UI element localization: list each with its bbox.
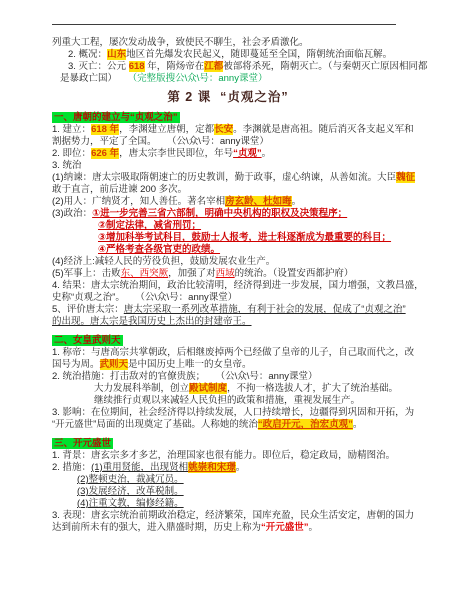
text-segment: 。 bbox=[262, 148, 272, 159]
doc-line: 5、评价唐太宗：唐太宗采取一系列改革措施，有利于社会的发展，促成了“贞观之治” bbox=[52, 304, 404, 316]
text-segment: （完整版搜公\众\号：anny课堂） bbox=[128, 73, 268, 84]
text-segment: 地区首先爆发农民起义，随即蔓延至全国，隋朝统治面临瓦解。 bbox=[126, 49, 392, 60]
text-segment: 被部将杀死，隋朝灭亡。（与秦朝灭亡原因相同都 bbox=[223, 61, 427, 72]
doc-line: 2. 即位：626 年，唐太宗李世民即位，年号“贞观”。 bbox=[52, 148, 404, 160]
doc-line: 2. 统治措施：打击敌对的官僚贵族； （公\众\号：anny课堂） bbox=[52, 371, 404, 383]
doc-line: (1)纳谏：唐太宗吸取隋朝速亡的历史教训，勤于政事，虚心纳谏，从善如流。大臣魏征 bbox=[52, 172, 404, 184]
text-segment: (3)发展经济，改革税制。 bbox=[77, 486, 184, 497]
doc-line: 继续推行贞观以来减轻人民负担的政策和措施，重视发展生产。 bbox=[52, 395, 404, 407]
text-segment: ①进一步完善三省六部制，明确中央机构的职权及决策程序； bbox=[92, 208, 347, 219]
page-top-rule bbox=[52, 24, 396, 25]
doc-line: 1. 称帝：与唐高宗共掌朝政，后相继废掉两个已经做了皇帝的儿子，自己取而代之，改 bbox=[52, 347, 404, 359]
text-segment: 。李渊就是唐高祖。随后消灭各支起义军和 bbox=[233, 124, 414, 135]
doc-line: 史称“贞观之治”。 （公\众\号：anny课堂） bbox=[52, 292, 404, 304]
doc-line: 3. 影响：在位期间，社会经济得以持续发展，人口持续增长，边疆得到巩固和开拓，为 bbox=[52, 407, 404, 419]
text-segment: (3)政治： bbox=[52, 208, 92, 219]
text-segment: 东、西突厥 bbox=[121, 268, 169, 279]
doc-line: (4)经济上:减轻人民的劳役负担，鼓励发展农业生产。 bbox=[52, 256, 404, 268]
doc-line: (3)发展经济，改革税制。 bbox=[52, 486, 404, 498]
text-segment: 2. 措施： bbox=[52, 462, 91, 473]
text-segment: 4. 结果：唐太宗统治期间，政治比较清明，经济得到进一步发展，国力增强，文教昌盛… bbox=[52, 280, 424, 291]
text-segment: 达到前所未有的强大，进入鼎盛时期，历史上称为 bbox=[52, 522, 261, 533]
doc-line: 1. 背景：唐玄宗多才多艺，治理国家也很有能力。即位后，稳定政局，励精图治。 bbox=[52, 450, 404, 462]
text-segment: 是暴政亡国） bbox=[60, 73, 128, 84]
text-segment: 割据势力，平定了全国。 （公\众\号：anny课堂） bbox=[52, 136, 269, 147]
doc-line: (2)用人：广纳贤才，知人善任。著名宰相房玄龄、杜如晦。 bbox=[52, 196, 404, 208]
doc-line: “开元盛世”局面的出现奠定了基础。人称她的统治“政启开元，治宏贞观”。 bbox=[52, 419, 404, 431]
text-segment: 。 bbox=[309, 522, 319, 533]
text-segment: 。 bbox=[292, 196, 302, 207]
highlighted-term: “政启开元，治宏贞观” bbox=[258, 419, 353, 430]
text-segment: ②制定法律，减省刑罚； bbox=[98, 220, 201, 231]
doc-line: 1. 建立：618 年，李渊建立唐朝，定都长安。李渊就是唐高祖。随后消灭各支起义… bbox=[52, 124, 404, 136]
text-segment: (2)整顿吏治，裁减冗员。 bbox=[77, 474, 184, 485]
text-segment: ，李渊建立唐朝，定都 bbox=[119, 124, 214, 135]
highlighted-term: 618 年 bbox=[91, 124, 119, 135]
text-segment: 大力发展科举制，创立 bbox=[94, 383, 189, 394]
text-segment: 2. 概况： bbox=[68, 49, 107, 60]
doc-line: 割据势力，平定了全国。 （公\众\号：anny课堂） bbox=[52, 136, 404, 148]
doc-line: (5)军事上：击败东、西突厥，加强了对西域的统治。（设置安西都护府） bbox=[52, 268, 404, 280]
doc-line: 是暴政亡国） （完整版搜公\众\号：anny课堂） bbox=[52, 73, 404, 85]
highlighted-term: 姚崇和宋璟 bbox=[188, 462, 236, 473]
highlighted-term: 魏征 bbox=[396, 172, 415, 183]
highlighted-term: 长安 bbox=[214, 124, 233, 135]
page-title: 第 2 课 “贞观之治” bbox=[52, 90, 404, 105]
doc-line: 2. 概况：山东地区首先爆发农民起义，随即蔓延至全国，隋朝统治面临瓦解。 bbox=[52, 49, 404, 61]
text-segment: (5)军事上：击败 bbox=[52, 268, 121, 279]
doc-line: 达到前所未有的强大，进入鼎盛时期，历史上称为“开元盛世”。 bbox=[52, 522, 404, 534]
highlighted-term: 618 bbox=[129, 61, 145, 72]
section-header: 三、开元盛世 bbox=[52, 438, 113, 449]
doc-line: 2. 措施：(1)重用贤能，出现贤相姚崇和宋璟。 bbox=[52, 462, 404, 474]
doc-line: ③增加科举考试科目，鼓励士人报考，进士科逐渐成为最重要的科目； bbox=[52, 232, 404, 244]
document-body: 列重大工程，屡次发动战争，致使民不聊生，社会矛盾激化。2. 概况：山东地区首先爆… bbox=[52, 37, 404, 534]
text-segment: 的统治。（设置安西都护府） bbox=[235, 268, 354, 279]
doc-line: 3. 表现：唐玄宗统治前期政治稳定，经济繁荣，国库充盈，民众生活安定，唐朝的国力 bbox=[52, 510, 404, 522]
doc-line: 大力发展科举制，创立殿试制度，不拘一格选拔人才，扩大了统治基础。 bbox=[52, 383, 404, 395]
text-segment: ，唐太宗李世民即位，年号 bbox=[119, 148, 233, 159]
highlighted-term: 江都 bbox=[204, 61, 223, 72]
section-header: 二、女皇武则天 bbox=[52, 335, 123, 346]
section-header-row: 二、女皇武则天 bbox=[52, 335, 404, 347]
highlighted-term: 房玄龄、杜如晦 bbox=[225, 196, 292, 207]
doc-line: 3. 灭亡：公元 618 年，隋炀帝在江都被部将杀死，隋朝灭亡。（与秦朝灭亡原因… bbox=[52, 61, 404, 73]
text-segment: 列重大工程，屡次发动战争，致使民不聊生，社会矛盾激化。 bbox=[52, 37, 309, 48]
document-page: 列重大工程，屡次发动战争，致使民不聊生，社会矛盾激化。2. 概况：山东地区首先爆… bbox=[0, 0, 450, 600]
text-segment: 唐太宗采取一系列改革措施，有利于社会的发展，促成了“贞观之治” bbox=[124, 304, 406, 315]
section-header-row: 一、唐朝的建立与“贞观之治” bbox=[52, 112, 404, 124]
highlighted-term: 626 年 bbox=[91, 148, 119, 159]
text-segment: 国号为周。 bbox=[52, 359, 100, 370]
doc-line: ④严格考查各级官吏的政绩。 bbox=[52, 244, 404, 256]
section-header: 一、唐朝的建立与“贞观之治” bbox=[52, 112, 180, 123]
text-segment: “开元盛世”局面的出现奠定了基础。人称她的统治 bbox=[52, 419, 258, 430]
highlighted-term: 殿试制度 bbox=[189, 383, 227, 394]
text-segment: ④严格考查各级官吏的政绩。 bbox=[98, 244, 220, 255]
doc-line: 3. 统治 bbox=[52, 160, 404, 172]
text-segment: 2. 即位： bbox=[52, 148, 91, 159]
text-segment: 敢于直言，前后进谏 200 多次。 bbox=[52, 184, 187, 195]
text-segment: 。 bbox=[236, 462, 246, 473]
doc-line: 列重大工程，屡次发动战争，致使民不聊生，社会矛盾激化。 bbox=[52, 37, 404, 49]
doc-line: (4)注重文教，编修经籍。 bbox=[52, 498, 404, 510]
text-segment: 的出现。唐太宗是我国历史上杰出的封建帝王。 bbox=[52, 316, 252, 327]
text-segment: 是中国历史上唯一的女皇帝。 bbox=[128, 359, 252, 370]
text-segment: ，不拘一格选拔人才，扩大了统治基础。 bbox=[227, 383, 398, 394]
doc-line: 的出现。唐太宗是我国历史上杰出的封建帝王。 bbox=[52, 316, 404, 328]
text-segment: 3. 影响：在位期间，社会经济得以持续发展，人口持续增长，边疆得到巩固和开拓，为 bbox=[52, 407, 414, 418]
doc-line: 4. 结果：唐太宗统治期间，政治比较清明，经济得到进一步发展，国力增强，文教昌盛… bbox=[52, 280, 404, 292]
text-segment: 年，隋炀帝在 bbox=[145, 61, 205, 72]
highlighted-term: 山东 bbox=[107, 49, 126, 60]
text-segment: (1)重用贤能，出现贤相 bbox=[91, 462, 188, 473]
text-segment: 3. 灭亡：公元 bbox=[68, 61, 129, 72]
text-segment: (4)经济上:减轻人民的劳役负担，鼓励发展农业生产。 bbox=[52, 256, 275, 267]
text-segment: 3. 表现：唐玄宗统治前期政治稳定，经济繁荣，国库充盈，民众生活安定，唐朝的国力 bbox=[52, 510, 414, 521]
text-segment: ，加强了对 bbox=[168, 268, 216, 279]
section-header-row: 三、开元盛世 bbox=[52, 438, 404, 450]
doc-line: ②制定法律，减省刑罚； bbox=[52, 220, 404, 232]
text-segment: 1. 称帝：与唐高宗共掌朝政，后相继废掉两个已经做了皇帝的儿子，自己取而代之，改 bbox=[52, 347, 414, 358]
text-segment: 。 bbox=[353, 419, 363, 430]
doc-line: (2)整顿吏治，裁减冗员。 bbox=[52, 474, 404, 486]
doc-line: (3)政治：①进一步完善三省六部制，明确中央机构的职权及决策程序； bbox=[52, 208, 404, 220]
text-segment: 西域 bbox=[216, 268, 235, 279]
text-segment: 3. 统治 bbox=[52, 160, 82, 171]
text-segment: (1)纳谏：唐太宗吸取隋朝速亡的历史教训，勤于政事，虚心纳谏，从善如流。大臣 bbox=[52, 172, 396, 183]
doc-line: 敢于直言，前后进谏 200 多次。 bbox=[52, 184, 404, 196]
text-segment: (4)注重文教，编修经籍。 bbox=[77, 498, 184, 509]
doc-line: 国号为周。武则天是中国历史上唯一的女皇帝。 bbox=[52, 359, 404, 371]
text-segment: 1. 建立： bbox=[52, 124, 91, 135]
text-segment: 2. 统治措施：打击敌对的官僚贵族； （公\众\号：anny课堂） bbox=[52, 371, 318, 382]
text-segment: 5、评价唐太宗： bbox=[52, 304, 124, 315]
highlighted-term: 武则天 bbox=[100, 359, 129, 370]
text-segment: “开元盛世” bbox=[261, 522, 309, 533]
text-segment: “贞观” bbox=[233, 148, 262, 159]
text-segment: (2)用人：广纳贤才，知人善任。著名宰相 bbox=[52, 196, 225, 207]
text-segment: 史称“贞观之治”。 （公\众\号：anny课堂） bbox=[52, 292, 237, 303]
text-segment: 1. 背景：唐玄宗多才多艺，治理国家也很有能力。即位后，稳定政局，励精图治。 bbox=[52, 450, 395, 461]
text-segment: ③增加科举考试科目，鼓励士人报考，进士科逐渐成为最重要的科目； bbox=[98, 232, 391, 243]
text-segment: 继续推行贞观以来减轻人民负担的政策和措施，重视发展生产。 bbox=[94, 395, 360, 406]
